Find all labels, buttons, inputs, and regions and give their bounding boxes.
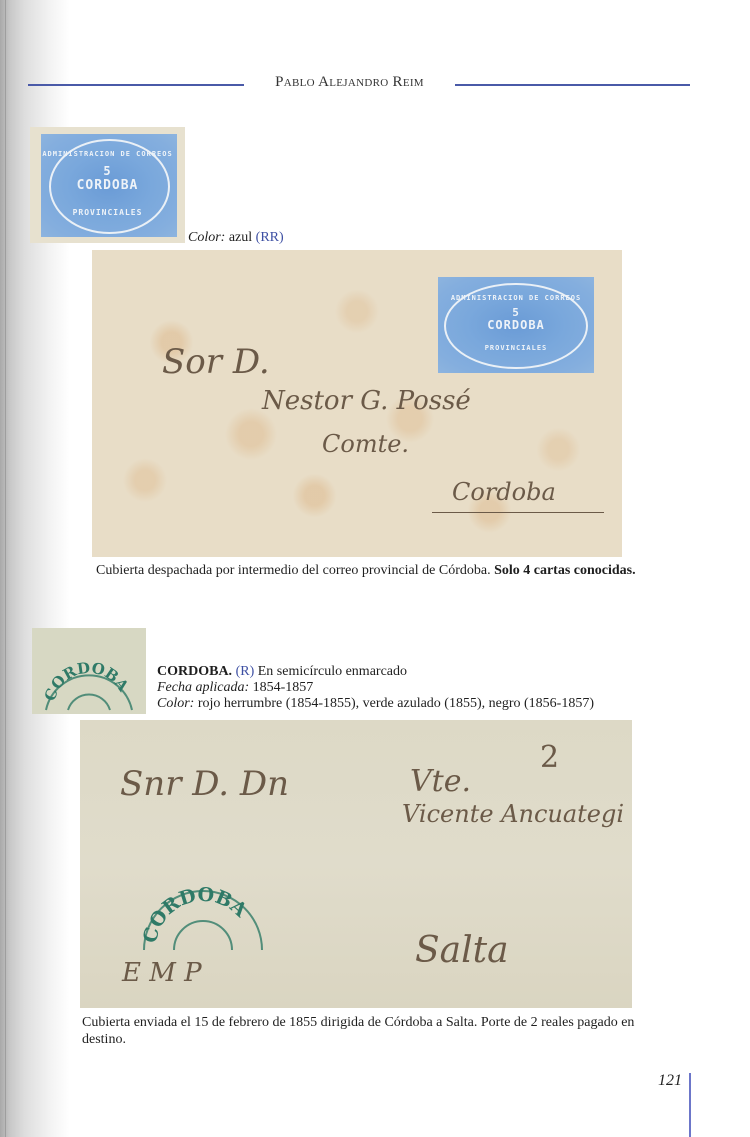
cover-address-line-1: Sor D. xyxy=(162,342,270,382)
header-rule-left xyxy=(28,84,244,86)
cover-stamp-denomination: 5 xyxy=(438,306,594,319)
cover-stamp-bottom-text: PROVINCIALES xyxy=(438,344,594,352)
rarity-badge: (RR) xyxy=(256,230,284,245)
svg-text:CORDOBA: CORDOBA xyxy=(139,884,251,945)
color-label: Color: xyxy=(157,696,194,711)
color-label: Color: xyxy=(188,230,225,245)
cover-stamp-city: CORDOBA xyxy=(438,318,594,332)
stamp-image-cordoba-blue: ADMINISTRACION DE CORREOS 5 CORDOBA PROV… xyxy=(30,127,185,243)
cover-stamp: ADMINISTRACION DE CORREOS 5 CORDOBA PROV… xyxy=(438,277,594,373)
page-number: 121 xyxy=(630,1072,682,1090)
header-rule-right xyxy=(455,84,690,86)
color-value: azul xyxy=(229,230,252,245)
cover2-addressee: Snr D. Dn xyxy=(120,764,289,804)
cover-2-caption: Cubierta enviada el 15 de febrero de 185… xyxy=(82,1014,637,1048)
postmark-rarity: (R) xyxy=(236,664,255,679)
postmark-desc-text: En semicírculo enmarcado xyxy=(258,664,407,679)
cover-address-line-3: Comte. xyxy=(322,430,409,458)
svg-text:CORDOBA: CORDOBA xyxy=(41,659,133,704)
page-number-rule xyxy=(689,1073,691,1137)
cover2-destination: Salta xyxy=(415,930,509,971)
running-header-title: Pablo Alejandro Reim xyxy=(244,74,455,91)
cover-address-line-4: Cordoba xyxy=(452,478,556,506)
postmark-image-cordoba: CORDOBA xyxy=(32,628,146,714)
caption-text: Cubierta despachada por intermedio del c… xyxy=(96,563,494,578)
stamp-bottom-text: PROVINCIALES xyxy=(30,208,185,217)
cover-image-1: ADMINISTRACION DE CORREOS 5 CORDOBA PROV… xyxy=(92,250,622,557)
stamp-city: CORDOBA xyxy=(30,178,185,193)
cover-1-caption: Cubierta despachada por intermedio del c… xyxy=(96,562,636,579)
stamp-top-text: ADMINISTRACION DE CORREOS xyxy=(30,150,185,158)
book-spine-line xyxy=(5,0,6,1137)
cover-address-line-2: Nestor G. Possé xyxy=(262,386,471,416)
cover2-rate: 2 xyxy=(540,740,559,775)
cover-image-2: Snr D. Dn Vte. Vicente Ancuategi 2 Salta… xyxy=(80,720,632,1008)
cover2-abbrev: Vte. xyxy=(410,764,471,799)
underline-stroke xyxy=(432,512,604,513)
stamp-color-line: Color: azul (RR) xyxy=(188,229,284,246)
postmark-title: CORDOBA. xyxy=(157,664,232,679)
caption-bold: Solo 4 cartas conocidas. xyxy=(494,563,636,578)
postmark-text: CORDOBA xyxy=(41,659,133,704)
date-label: Fecha aplicada: xyxy=(157,680,249,695)
cover2-name: Vicente Ancuategi xyxy=(402,800,624,828)
cover2-postmark-text: CORDOBA xyxy=(139,884,251,945)
postmark-description: CORDOBA. (R) En semicírculo enmarcado Fe… xyxy=(157,664,637,712)
cover2-initials: E M P xyxy=(122,958,202,988)
cover-stamp-top-text: ADMINISTRACION DE CORREOS xyxy=(438,294,594,302)
stamp-denomination: 5 xyxy=(30,164,185,178)
date-value: 1854-1857 xyxy=(253,680,314,695)
color-value: rojo herrumbre (1854-1855), verde azulad… xyxy=(198,696,594,711)
cover2-postmark: CORDOBA xyxy=(138,858,268,958)
